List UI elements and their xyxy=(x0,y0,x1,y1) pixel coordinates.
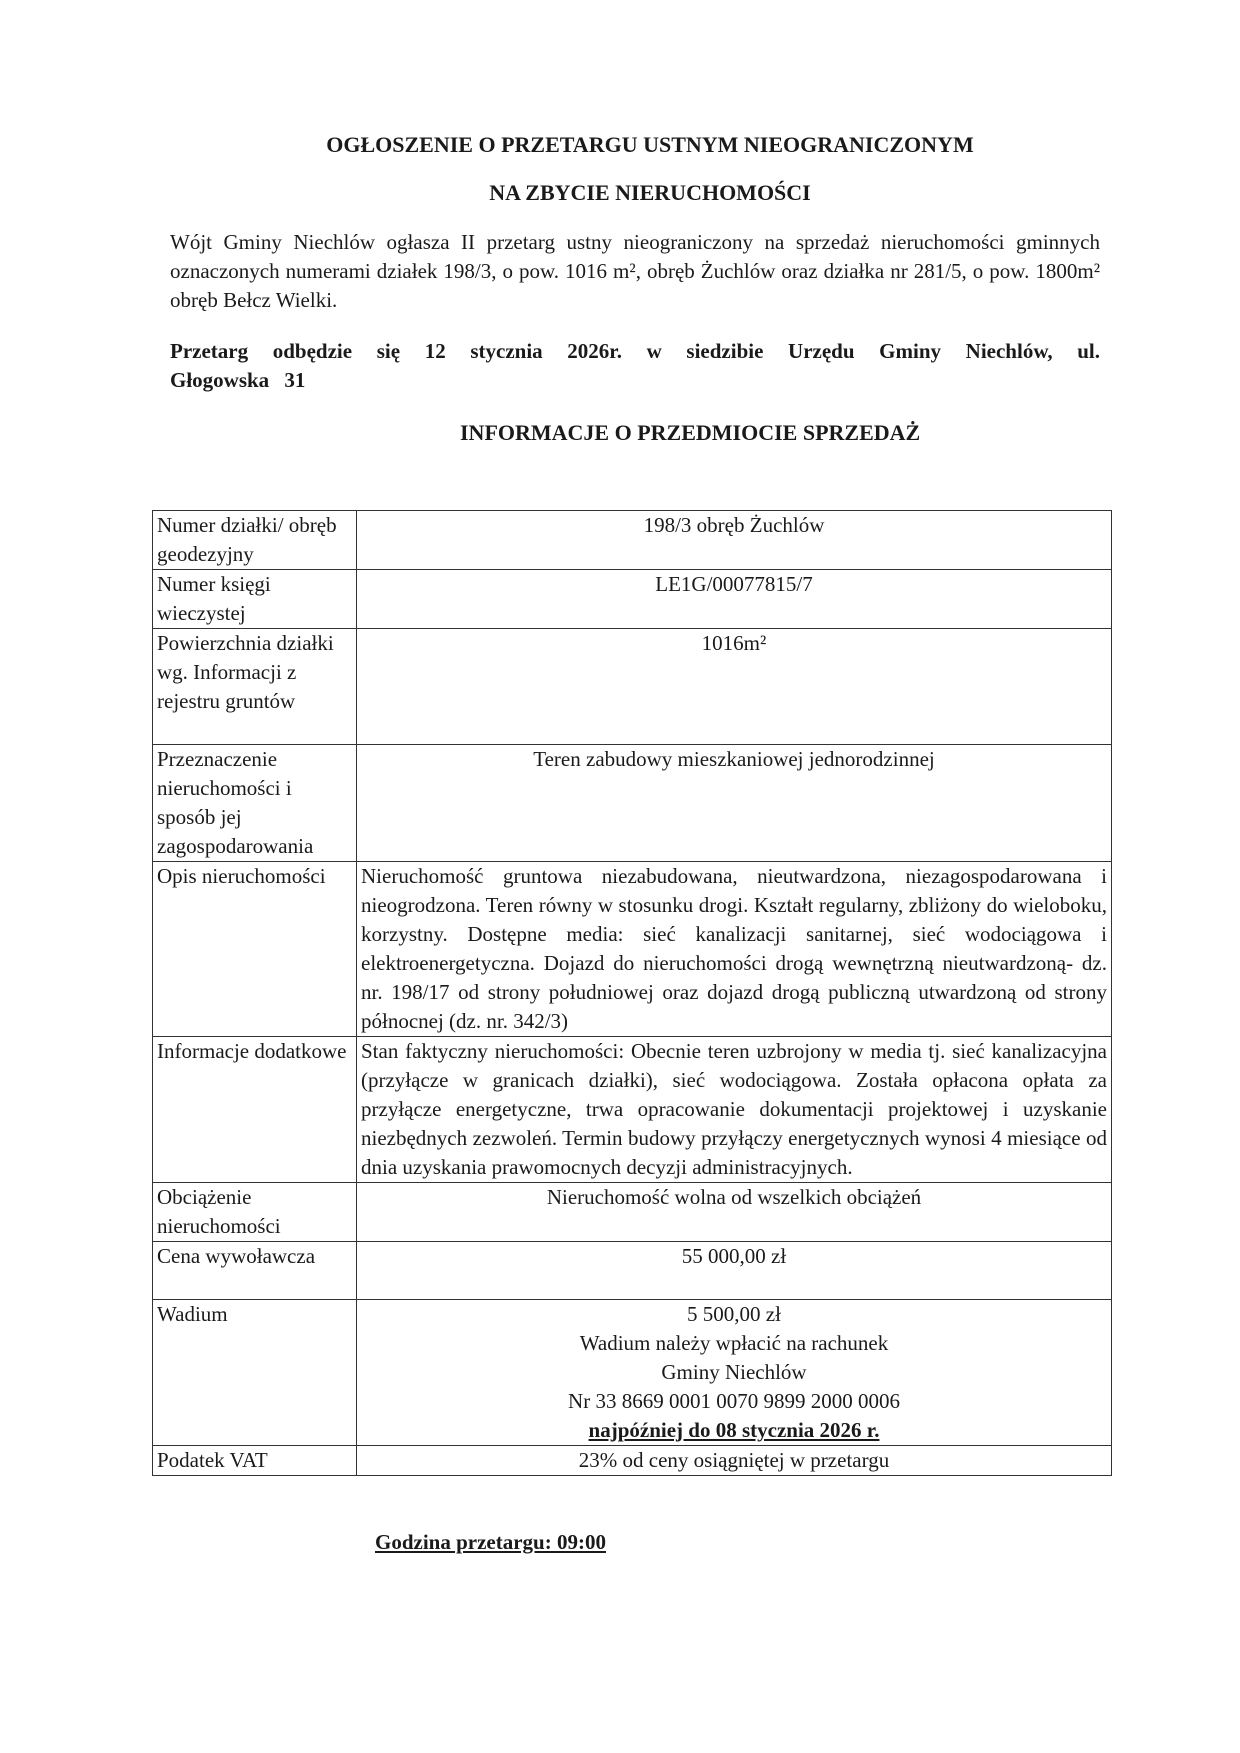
date-place-paragraph: Przetarg odbędzie się 12 stycznia 2026r.… xyxy=(170,337,1100,395)
title-line-2: NA ZBYCIE NIERUCHOMOŚCI xyxy=(0,180,1240,206)
table-row: Informacje dodatkoweStan faktyczny nieru… xyxy=(153,1037,1112,1183)
table-row: Opis nieruchomościNieruchomość gruntowa … xyxy=(153,862,1112,1037)
wadium-deadline: najpóźniej do 08 stycznia 2026 r. xyxy=(361,1416,1107,1445)
table-row: Podatek VAT23% od ceny osiągniętej w prz… xyxy=(153,1446,1112,1476)
table-row: Wadium 5 500,00 zł Wadium należy wpłacić… xyxy=(153,1300,1112,1446)
table-row: Numer księgi wieczystejLE1G/00077815/7 xyxy=(153,570,1112,629)
table-row: Obciążenie nieruchomościNieruchomość wol… xyxy=(153,1183,1112,1242)
property-info-table: Numer działki/ obręb geodezyjny198/3 obr… xyxy=(152,510,1112,1476)
auction-time: Godzina przetargu: 09:00 xyxy=(375,1530,606,1555)
table-row: Przeznaczenie nieruchomości i sposób jej… xyxy=(153,745,1112,862)
table-row: Cena wywoławcza55 000,00 zł xyxy=(153,1242,1112,1300)
table-row: Powierzchnia działki wg. Informacji z re… xyxy=(153,629,1112,745)
intro-paragraph: Wójt Gminy Niechlów ogłasza II przetarg … xyxy=(170,228,1100,315)
title-line-1: OGŁOSZENIE O PRZETARGU USTNYM NIEOGRANIC… xyxy=(0,132,1240,158)
wadium-cell: 5 500,00 zł Wadium należy wpłacić na rac… xyxy=(357,1300,1112,1446)
section-title: INFORMACJE O PRZEDMIOCIE SPRZEDAŻ xyxy=(460,420,920,446)
table-row: Numer działki/ obręb geodezyjny198/3 obr… xyxy=(153,511,1112,570)
